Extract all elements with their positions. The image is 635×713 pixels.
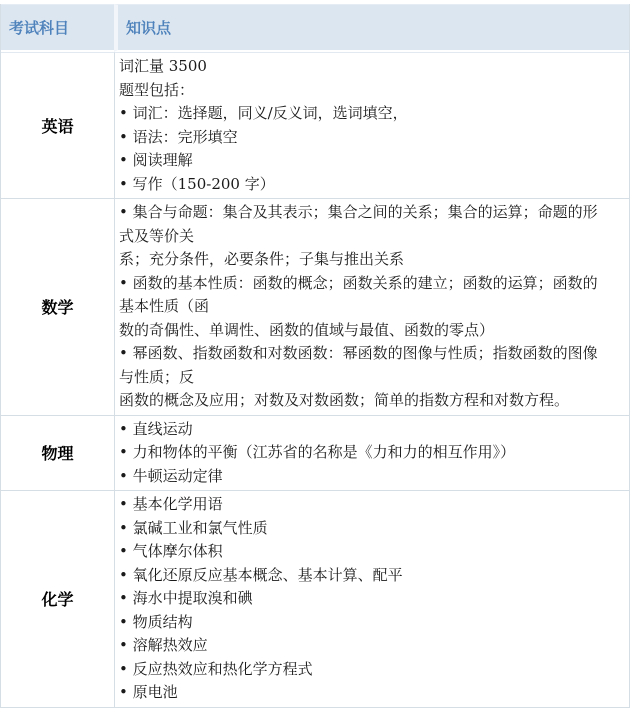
knowledge-line: • 词汇：选择题，同义/反义词，选词填空， (119, 102, 623, 126)
table-row: 英语 词汇量 3500题型包括：• 词汇：选择题，同义/反义词，选词填空，• 语… (1, 52, 629, 198)
table-row: 数学 • 集合与命题：集合及其表示；集合之间的关系；集合的运算；命题的形式及等价… (1, 198, 629, 415)
knowledge-line: 基本性质（函 (119, 295, 623, 319)
subject-cell: 物理 (1, 415, 114, 491)
knowledge-line: • 牛顿运动定律 (119, 465, 623, 489)
knowledge-line: 词汇量 3500 (119, 55, 623, 79)
knowledge-line: • 物质结构 (119, 611, 623, 635)
table-row: 物理 • 直线运动• 力和物体的平衡（江苏省的名称是《力和力的相互作用》）• 牛… (1, 415, 629, 491)
knowledge-line: • 幂函数、指数函数和对数函数：幂函数的图像与性质；指数函数的图像 (119, 342, 623, 366)
knowledge-line: • 反应热效应和热化学方程式 (119, 658, 623, 682)
knowledge-line: • 海水中提取溴和碘 (119, 587, 623, 611)
knowledge-line: • 基本化学用语 (119, 493, 623, 517)
knowledge-line: 数的奇偶性、单调性、函数的值域与最值、函数的零点） (119, 319, 623, 343)
knowledge-line: • 直线运动 (119, 418, 623, 442)
knowledge-line: • 氧化还原反应基本概念、基本计算、配平 (119, 564, 623, 588)
knowledge-line: 式及等价关 (119, 225, 623, 249)
subject-cell: 英语 (1, 52, 114, 198)
knowledge-line: • 语法：完形填空 (119, 126, 623, 150)
table-row: 化学 • 基本化学用语• 氯碱工业和氯气性质• 气体摩尔体积• 氧化还原反应基本… (1, 490, 629, 707)
knowledge-cell: • 集合与命题：集合及其表示；集合之间的关系；集合的运算；命题的形式及等价关系；… (114, 198, 629, 415)
knowledge-line: • 阅读理解 (119, 149, 623, 173)
knowledge-line: 函数的概念及应用；对数及对数函数；简单的指数方程和对数方程。 (119, 389, 623, 413)
exam-syllabus-table: 考试科目 知识点 英语 词汇量 3500题型包括：• 词汇：选择题，同义/反义词… (0, 4, 630, 708)
knowledge-line: • 函数的基本性质：函数的概念；函数关系的建立；函数的运算；函数的 (119, 272, 623, 296)
knowledge-cell: 词汇量 3500题型包括：• 词汇：选择题，同义/反义词，选词填空，• 语法：完… (114, 52, 629, 198)
page: 考试科目 知识点 英语 词汇量 3500题型包括：• 词汇：选择题，同义/反义词… (0, 0, 635, 713)
knowledge-line: 题型包括： (119, 79, 623, 103)
knowledge-line: • 氯碱工业和氯气性质 (119, 517, 623, 541)
knowledge-line: 系；充分条件，必要条件；子集与推出关系 (119, 248, 623, 272)
knowledge-cell: • 直线运动• 力和物体的平衡（江苏省的名称是《力和力的相互作用》）• 牛顿运动… (114, 415, 629, 491)
table-header-row: 考试科目 知识点 (1, 4, 629, 52)
knowledge-cell: • 基本化学用语• 氯碱工业和氯气性质• 气体摩尔体积• 氧化还原反应基本概念、… (114, 490, 629, 707)
knowledge-line: • 溶解热效应 (119, 634, 623, 658)
table-body: 英语 词汇量 3500题型包括：• 词汇：选择题，同义/反义词，选词填空，• 语… (1, 52, 629, 707)
column-header-exam-subject: 考试科目 (1, 4, 114, 52)
knowledge-line: 与性质；反 (119, 366, 623, 390)
subject-cell: 化学 (1, 490, 114, 707)
knowledge-line: • 写作（150-200 字） (119, 173, 623, 197)
column-header-knowledge-points: 知识点 (114, 4, 629, 52)
knowledge-line: • 力和物体的平衡（江苏省的名称是《力和力的相互作用》） (119, 441, 623, 465)
knowledge-line: • 原电池 (119, 681, 623, 705)
knowledge-line: • 集合与命题：集合及其表示；集合之间的关系；集合的运算；命题的形 (119, 201, 623, 225)
subject-cell: 数学 (1, 198, 114, 415)
knowledge-line: • 气体摩尔体积 (119, 540, 623, 564)
